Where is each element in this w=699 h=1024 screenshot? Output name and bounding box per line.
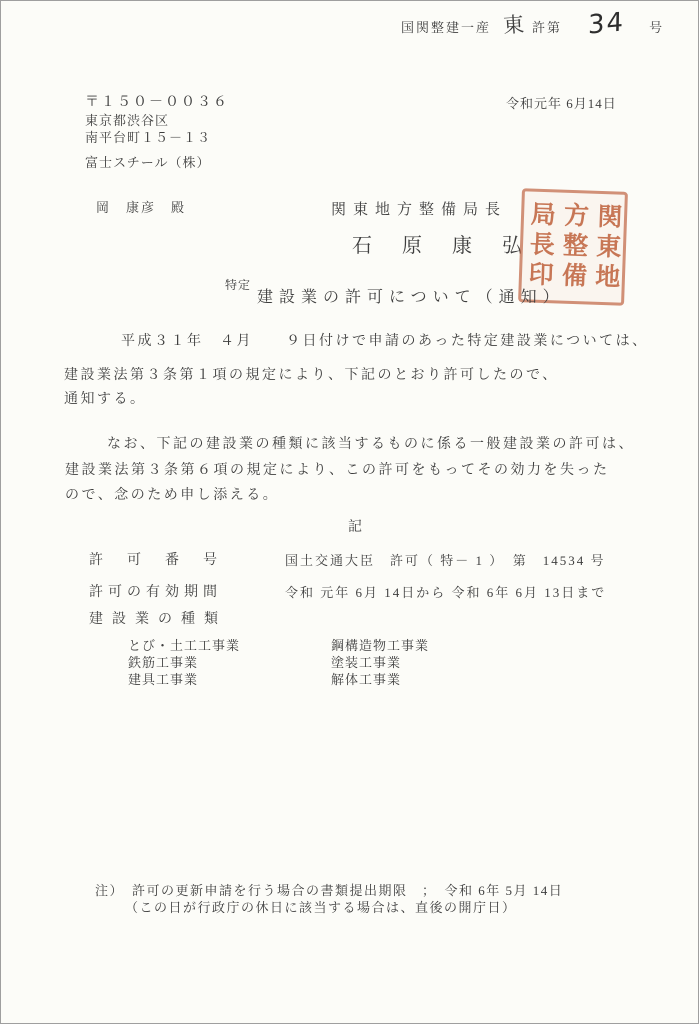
issue-date: 令和元年 6月14日: [506, 93, 617, 112]
issuer-title: 関東地方整備局長: [331, 198, 507, 219]
business-types-left-column: とび・土工工事業 鉄筋工事業 建具工事業: [128, 637, 240, 688]
business-types-label: 建設業の種類: [89, 608, 227, 628]
doc-number: 国関整建一産 東 許第 34 号: [401, 9, 664, 39]
addressee-address-line2: 南平台町１５－１３: [85, 127, 211, 146]
body-paragraph2-line3: ので、念のため申し添える。: [65, 484, 279, 504]
permit-notice-document: 国関整建一産 東 許第 34 号 令和元年 6月14日 〒１５０－００３６ 東京…: [0, 0, 699, 1024]
addressee-recipient-name: 岡 康彦 殿: [96, 197, 186, 216]
addressee-postal-code: 〒１５０－００３６: [85, 91, 229, 111]
doc-number-region-handwritten: 東: [502, 8, 525, 39]
footer-note-line2: （この日が行政庁の休日に該当する場合は、直後の開庁日）: [125, 897, 517, 916]
doc-number-label: 許第: [532, 17, 562, 36]
seal-text-column-3: 局長印: [526, 200, 554, 291]
doc-number-prefix: 国関整建一産: [401, 17, 491, 36]
business-type-item: 建具工事業: [128, 671, 240, 688]
business-type-item: 鉄筋工事業: [128, 654, 240, 671]
issuer-name: 石 原 康 弘: [352, 229, 527, 258]
permit-number-value: 国土交通大臣 許可（ 特－ 1 ） 第 14534 号: [285, 550, 606, 569]
business-type-item: 解体工事業: [331, 671, 429, 688]
subject-qualifier: 特定: [225, 276, 251, 293]
seal-text-column-2: 方整備: [559, 202, 587, 293]
permit-number-label: 許 可 番 号: [89, 549, 222, 569]
permit-validity-value: 令和 元年 6月 14日から 令和 6年 6月 13日まで: [285, 582, 606, 601]
business-type-item: 塗装工事業: [331, 654, 429, 671]
permit-validity-label: 許可の有効期間: [89, 581, 222, 601]
body-paragraph1-line2: 建設業法第３条第１項の規定により、下記のとおり許可したので、: [64, 364, 559, 384]
business-type-item: とび・土工工事業: [128, 637, 240, 654]
body-paragraph1-line1: 平成３１年 ４月 ９日付けで申請のあった特定建設業については、: [121, 330, 649, 350]
doc-number-value-handwritten: 34: [588, 7, 625, 40]
subject-title: 建設業の許可について（通知）: [257, 284, 565, 307]
business-types-right-column: 鋼構造物工事業 塗装工事業 解体工事業: [331, 637, 429, 688]
body-paragraph1-line3: 通知する。: [64, 388, 147, 408]
body-paragraph2-line2: 建設業法第３条第６項の規定により、この許可をもってその効力を失った: [65, 459, 610, 479]
seal-text-column-1: 関東地: [592, 203, 620, 294]
record-marker: 記: [348, 516, 362, 536]
addressee-company: 富士スチール（株）: [85, 152, 210, 171]
body-paragraph2-line1: なお、下記の建設業の種類に該当するものに係る一般建設業の許可は、: [107, 433, 635, 453]
business-type-item: 鋼構造物工事業: [331, 637, 429, 654]
doc-number-suffix: 号: [649, 17, 664, 36]
